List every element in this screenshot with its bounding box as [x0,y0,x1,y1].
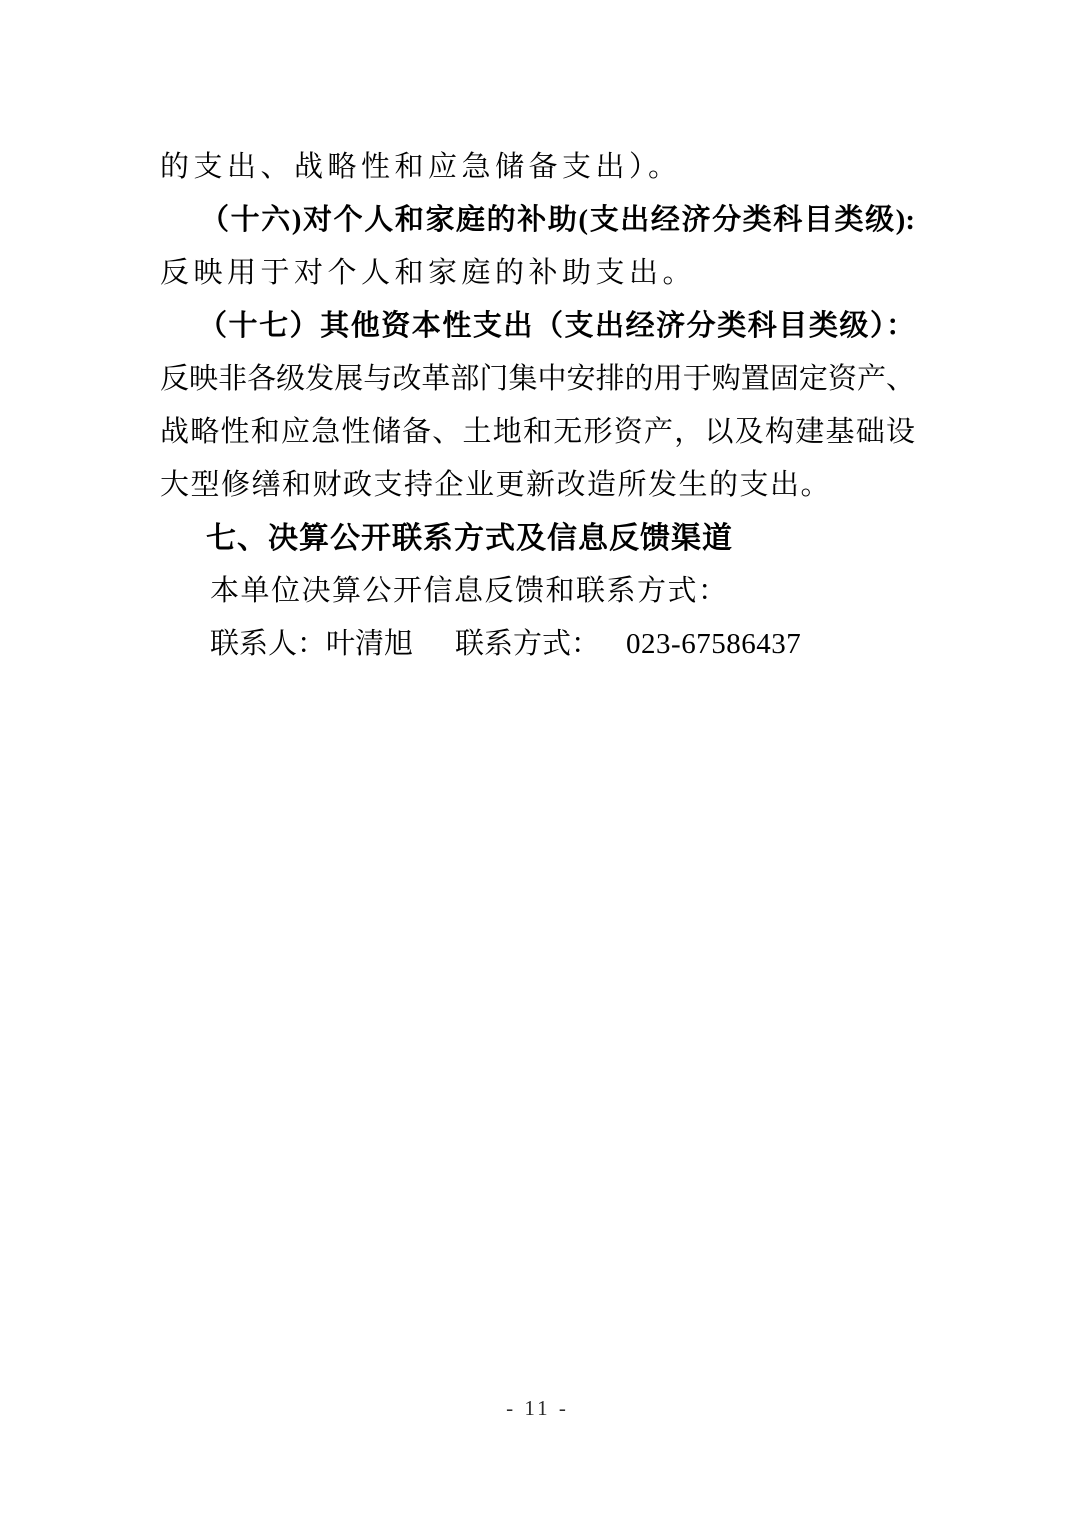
section-heading-7-contact-channels: 七、决算公开联系方式及信息反馈渠道 [160,512,915,565]
contact-method-label: 联系方式： [455,628,600,660]
section-17-body-line-2: 战略性和应急性储备、土地和无形资产，以及构建基础设施、 [160,406,915,459]
section-heading-17-other-capital-expenditure: （十七）其他资本性支出（支出经济分类科目类级）： [160,300,915,353]
section-heading-16-subsidies: （十六)对个人和家庭的补助(支出经济分类科目类级): [160,194,915,247]
contact-person-label: 联系人： [210,628,326,660]
document-body: 的支出、战略性和应急储备支出）。 （十六)对个人和家庭的补助(支出经济分类科目类… [160,141,915,671]
section-17-body-line-1: 反映非各级发展与改革部门集中安排的用于购置固定资产、 [160,353,915,406]
section-16-body-line: 反映用于对个人和家庭的补助支出。 [160,247,915,300]
contact-info-line: 联系人：叶清旭联系方式：023-67586437 [160,618,915,671]
document-page: { "page": { "background": "#ffffff", "te… [0,0,1075,1520]
page-number: - 11 - [0,1396,1075,1421]
paragraph-end-line-strategic-reserve: 的支出、战略性和应急储备支出）。 [160,141,915,194]
contact-intro-line: 本单位决算公开信息反馈和联系方式： [160,565,915,618]
contact-person-name: 叶清旭 [326,628,413,660]
section-17-body-line-3: 大型修缮和财政支持企业更新改造所发生的支出。 [160,459,915,512]
contact-phone-number: 023-67586437 [626,628,801,660]
